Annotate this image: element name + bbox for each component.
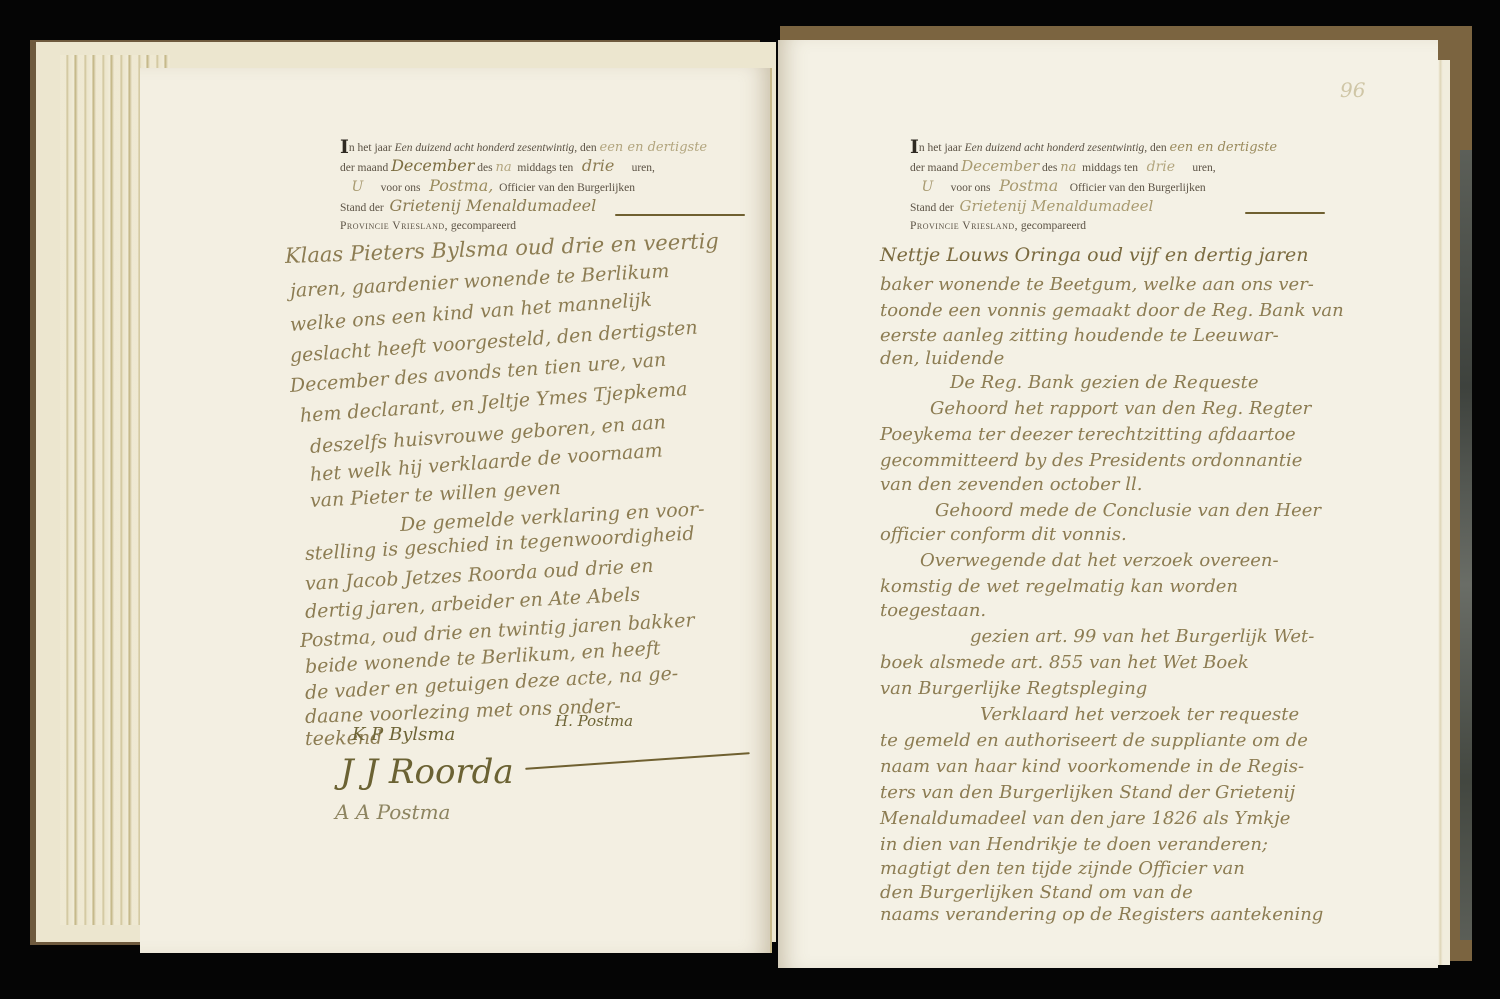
marbled-endpaper-edge <box>1460 150 1472 940</box>
drop-initial: I <box>910 136 919 158</box>
header-line-2: der maand December des na middags ten dr… <box>340 157 780 177</box>
ink-flourish <box>615 214 745 216</box>
signature-bylsma: K P Bylsma <box>352 724 455 745</box>
header-line-1: In het jaar Een duizend acht honderd zes… <box>910 138 1350 157</box>
page-number: 96 <box>1340 78 1365 102</box>
header-line-3: U voor ons Postma, Officier van den Burg… <box>340 177 780 197</box>
header-line-2: der maand December des na middags ten dr… <box>910 157 1350 177</box>
signature-officer: H. Postma <box>555 712 633 730</box>
header-line-4: Stand der Grietenij Menaldumadeel <box>910 197 1350 217</box>
header-line-5: Provincie Vriesland, gecompareerd <box>910 217 1350 235</box>
right-printed-header: In het jaar Een duizend acht honderd zes… <box>910 138 1350 235</box>
left-printed-header: In het jaar Een duizend acht honderd zes… <box>340 138 780 235</box>
signature-postma: A A Postma <box>335 800 450 824</box>
header-line-3: U voor ons Postma Officier van den Burge… <box>910 177 1350 197</box>
signature-roorda: J J Roorda <box>340 752 514 792</box>
ink-flourish <box>1245 212 1325 214</box>
drop-initial: I <box>340 136 349 158</box>
header-line-1: In het jaar Een duizend acht honderd zes… <box>340 138 780 157</box>
